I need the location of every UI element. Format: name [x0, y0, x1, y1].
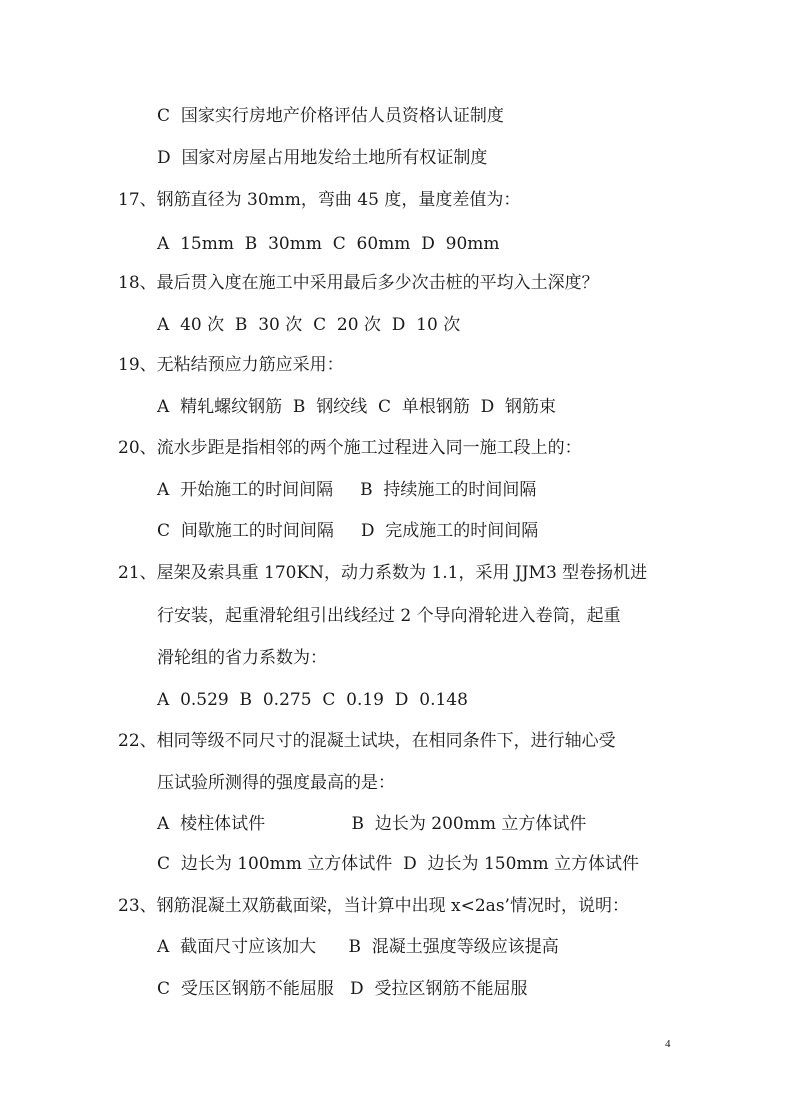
question-continuation: 压试验所测得的强度最高的是：	[157, 773, 395, 793]
answer-options: C 受压区钢筋不能屈服 D 受拉区钢筋不能屈服	[157, 979, 527, 999]
question-text: 17、钢筋直径为 30mm，弯曲 45 度，量度差值为：	[118, 190, 520, 210]
question-text: 22、相同等级不同尺寸的混凝土试块，在相同条件下，进行轴心受	[118, 731, 616, 751]
question-text: 23、钢筋混凝土双筋截面梁，当计算中出现 x<2as’情况时，说明：	[118, 896, 629, 916]
question-text: 20、流水步距是指相邻的两个施工过程进入同一施工段上的：	[118, 438, 582, 458]
question-continuation: 滑轮组的省力系数为：	[157, 648, 327, 668]
answer-options: A 0.529 B 0.275 C 0.19 D 0.148	[157, 690, 468, 710]
question-text: 18、最后贯入度在施工中采用最后多少次击桩的平均入土深度？	[118, 273, 599, 293]
answer-options: C 国家实行房地产价格评估人员资格认证制度	[157, 106, 504, 126]
question-text: 19、无粘结预应力筋应采用：	[118, 355, 344, 375]
answer-options: D 国家对房屋占用地发给土地所有权证制度	[157, 148, 487, 168]
answer-options: A 开始施工的时间间隔 B 持续施工的时间间隔	[157, 480, 536, 500]
question-continuation: 行安装，起重滑轮组引出线经过 2 个导向滑轮进入卷筒，起重	[157, 606, 621, 626]
question-text: 21、屋架及索具重 170KN，动力系数为 1.1，采用 JJM3 型卷扬机进	[118, 563, 647, 583]
answer-options: A 精轧螺纹钢筋 B 钢绞线 C 单根钢筋 D 钢筋束	[157, 397, 556, 417]
answer-options: A 棱柱体试件 B 边长为 200mm 立方体试件	[157, 814, 586, 834]
answer-options: C 间歇施工的时间间隔 D 完成施工的时间间隔	[157, 521, 538, 541]
answer-options: A 40 次 B 30 次 C 20 次 D 10 次	[157, 315, 460, 335]
page-number: 4	[665, 1038, 671, 1050]
answer-options: A 截面尺寸应该加大 B 混凝土强度等级应该提高	[157, 937, 559, 957]
answer-options: C 边长为 100mm 立方体试件 D 边长为 150mm 立方体试件	[157, 854, 639, 874]
answer-options: A 15mm B 30mm C 60mm D 90mm	[157, 234, 500, 254]
